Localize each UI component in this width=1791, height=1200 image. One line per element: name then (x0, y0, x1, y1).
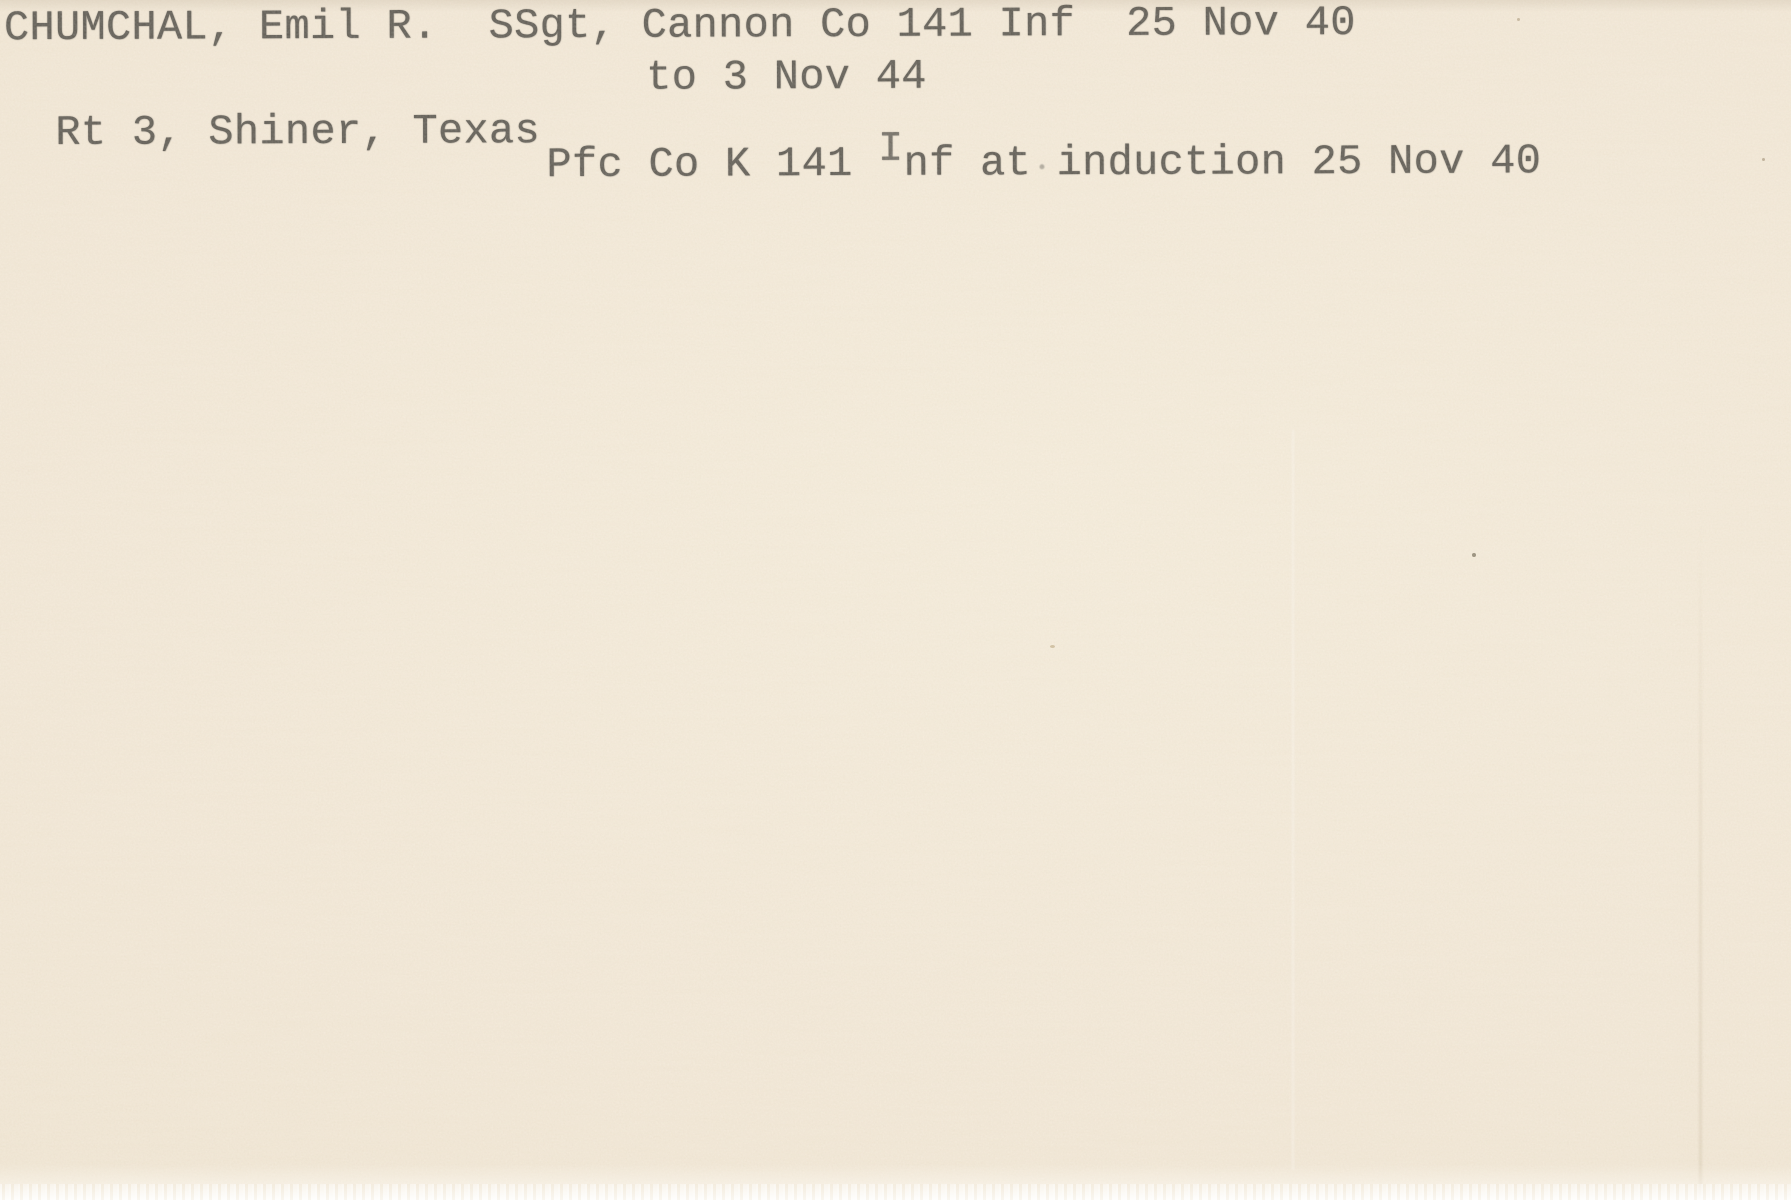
name-rank-unit-line: CHUMCHAL, Emil R. SSgt, Cannon Co 141 In… (4, 0, 1356, 52)
service-record-index-card: CHUMCHAL, Emil R. SSgt, Cannon Co 141 In… (0, 0, 1791, 1200)
paper-speck (1472, 553, 1476, 557)
scan-bottom-edge-streaks (0, 1184, 1791, 1200)
stray-ink-dot (1039, 164, 1044, 169)
typed-text-layer: CHUMCHAL, Emil R. SSgt, Cannon Co 141 In… (0, 0, 1791, 1200)
paper-speck (1050, 645, 1055, 648)
scan-top-shadow (0, 0, 1791, 12)
raised-letter-i: I (878, 125, 904, 173)
scan-bottom-edge (0, 1164, 1791, 1200)
paper-grain-texture (0, 0, 1791, 1200)
paper-speck (1762, 158, 1765, 161)
service-end-date-line: to 3 Nov 44 (646, 53, 927, 102)
induction-line-part2: nf at induction 25 Nov 40 (903, 137, 1541, 187)
paper-crease-light (1292, 430, 1294, 1170)
address-line: Rt 3, Shiner, Texas (55, 107, 540, 157)
paper-speck (1517, 18, 1520, 21)
induction-line-part1: Pfc Co K 141 (546, 140, 878, 189)
paper-crease-dark (1699, 520, 1702, 1200)
induction-record-line: Pfc Co K 141 Inf at induction 25 Nov 40 (546, 137, 1541, 189)
